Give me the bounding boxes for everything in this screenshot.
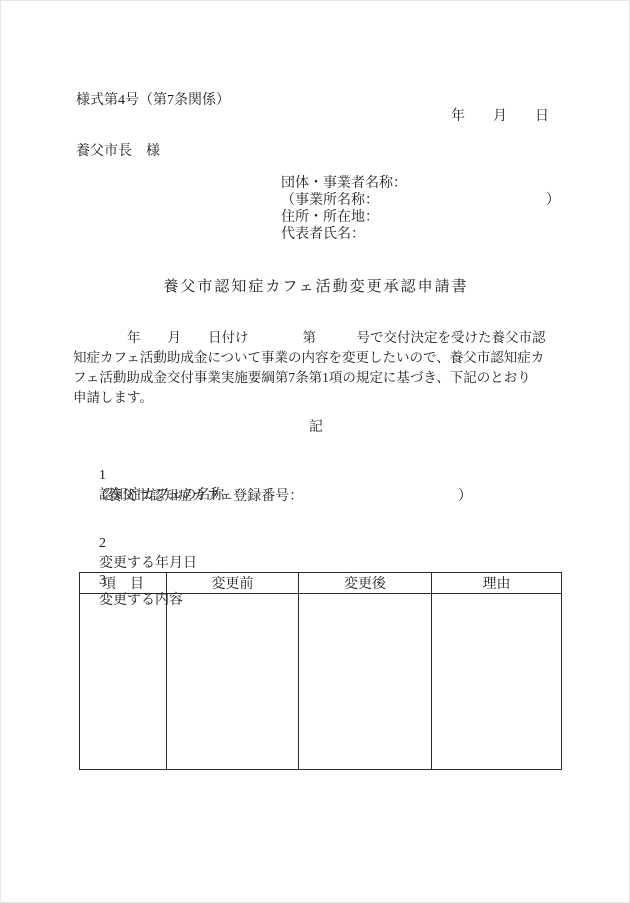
cell-reason: [432, 594, 562, 770]
table-header-row: 項 目 変更前 変更後 理由: [80, 573, 562, 594]
date-placeholder: 年 月 日: [451, 105, 549, 125]
registration-number-label: （養父市認知症カフェ登録番号：: [94, 485, 303, 505]
body-line: 年 月 日付け 第 号で交付決定を受けた養父市認: [73, 328, 565, 348]
document-page: 様式第4号（第7条関係） 年 月 日 養父市長 様 団体・事業者名称： （事業所…: [0, 0, 630, 903]
office-name-label: （事業所名称：: [281, 192, 379, 209]
document-title: 養父市認知症カフェ活動変更承認申請書: [1, 275, 630, 296]
form-number: 様式第4号（第7条関係）: [76, 89, 230, 109]
change-details-table: 項 目 変更前 変更後 理由: [79, 572, 562, 770]
org-name-label: 団体・事業者名称：: [281, 175, 560, 192]
addressee: 養父市長 様: [76, 140, 160, 160]
address-label: 住所・所在地：: [281, 209, 560, 226]
column-header-item: 項 目: [80, 573, 167, 594]
cell-item: [80, 594, 167, 770]
item-number: 2: [99, 536, 119, 552]
office-name-close-paren: ）: [546, 192, 560, 209]
column-header-before: 変更前: [167, 573, 299, 594]
applicant-block: 団体・事業者名称： （事業所名称： ） 住所・所在地： 代表者氏名：: [281, 175, 560, 243]
cell-after: [299, 594, 432, 770]
office-name-line: （事業所名称： ）: [281, 192, 560, 209]
item-number: 1: [99, 468, 119, 484]
representative-label: 代表者氏名：: [281, 226, 560, 243]
cell-before: [167, 594, 299, 770]
body-line: フェ活動助成金交付事業実施要綱第7条第1項の規定に基づき、下記のとおり: [73, 368, 565, 388]
body-paragraph: 年 月 日付け 第 号で交付決定を受けた養父市認 知症カフェ活動助成金について事…: [73, 328, 565, 408]
body-line: 知症カフェ活動助成金について事業の内容を変更したいので、養父市認知症カ: [73, 348, 565, 368]
record-mark: 記: [1, 416, 630, 436]
column-header-after: 変更後: [299, 573, 432, 594]
table-row: [80, 594, 562, 770]
registration-close-paren: ）: [458, 485, 472, 505]
column-header-reason: 理由: [432, 573, 562, 594]
body-line: 申請します。: [73, 388, 565, 408]
registration-number-line: （養父市認知症カフェ登録番号： ）: [94, 485, 472, 505]
